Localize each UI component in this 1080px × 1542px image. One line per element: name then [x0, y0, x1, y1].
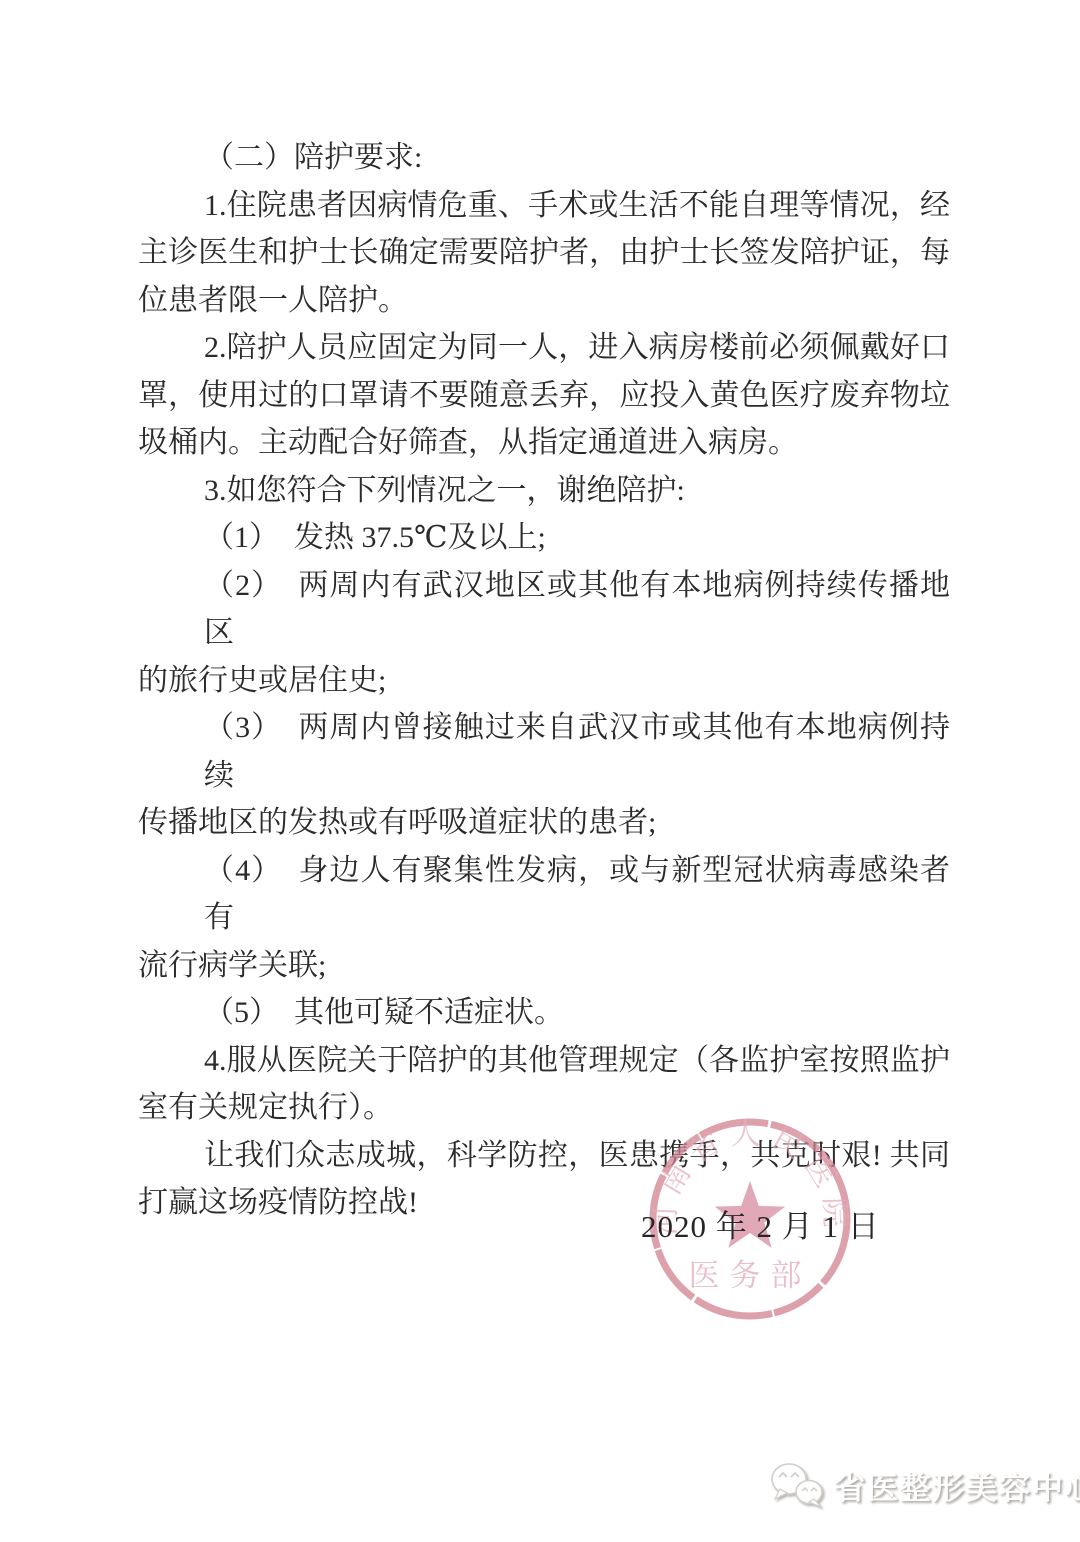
- watermark-text: 省医整形美容中心: [834, 1463, 1080, 1508]
- document-line: （二）陪护要求:: [138, 134, 950, 182]
- document-line: （1） 发热 37.5℃及以上;: [138, 514, 950, 562]
- document-line: 主诊医生和护士长确定需要陪护者，由护士长签发陪护证，每: [138, 229, 950, 277]
- document-line: （2） 两周内有武汉地区或其他有本地病例持续传播地区: [138, 562, 950, 657]
- document-line: 的旅行史或居住史;: [138, 657, 950, 705]
- document-line: 流行病学关联;: [138, 942, 950, 990]
- document-line: 1.住院患者因病情危重、手术或生活不能自理等情况，经: [138, 182, 950, 230]
- document-line: （5） 其他可疑不适症状。: [138, 989, 950, 1037]
- document-body: （二）陪护要求:1.住院患者因病情危重、手术或生活不能自理等情况，经主诊医生和护…: [138, 134, 950, 1227]
- watermark: 省医整形美容中心: [768, 1460, 1080, 1510]
- wechat-icon: [768, 1460, 824, 1510]
- document-line: 2.陪护人员应固定为同一人，进入病房楼前必须佩戴好口: [138, 324, 950, 372]
- document-line: （3） 两周内曾接触过来自武汉市或其他有本地病例持续: [138, 704, 950, 799]
- document-line: 传播地区的发热或有呼吸道症状的患者;: [138, 799, 950, 847]
- seal-bottom-text: 医务部: [689, 1258, 812, 1293]
- document-line: 罩，使用过的口罩请不要随意丢弃，应投入黄色医疗废弃物垃: [138, 372, 950, 420]
- document-line: 3.如您符合下列情况之一，谢绝陪护:: [138, 467, 950, 515]
- document-line: 圾桶内。主动配合好筛查，从指定通道进入病房。: [138, 419, 950, 467]
- document-line: 位患者限一人陪护。: [138, 277, 950, 325]
- document-line: （4） 身边人有聚集性发病，或与新型冠状病毒感染者有: [138, 847, 950, 942]
- document-line: 4.服从医院关于陪护的其他管理规定（各监护室按照监护: [138, 1037, 950, 1085]
- date-line: 2020 年 2 月 1 日: [641, 1201, 880, 1246]
